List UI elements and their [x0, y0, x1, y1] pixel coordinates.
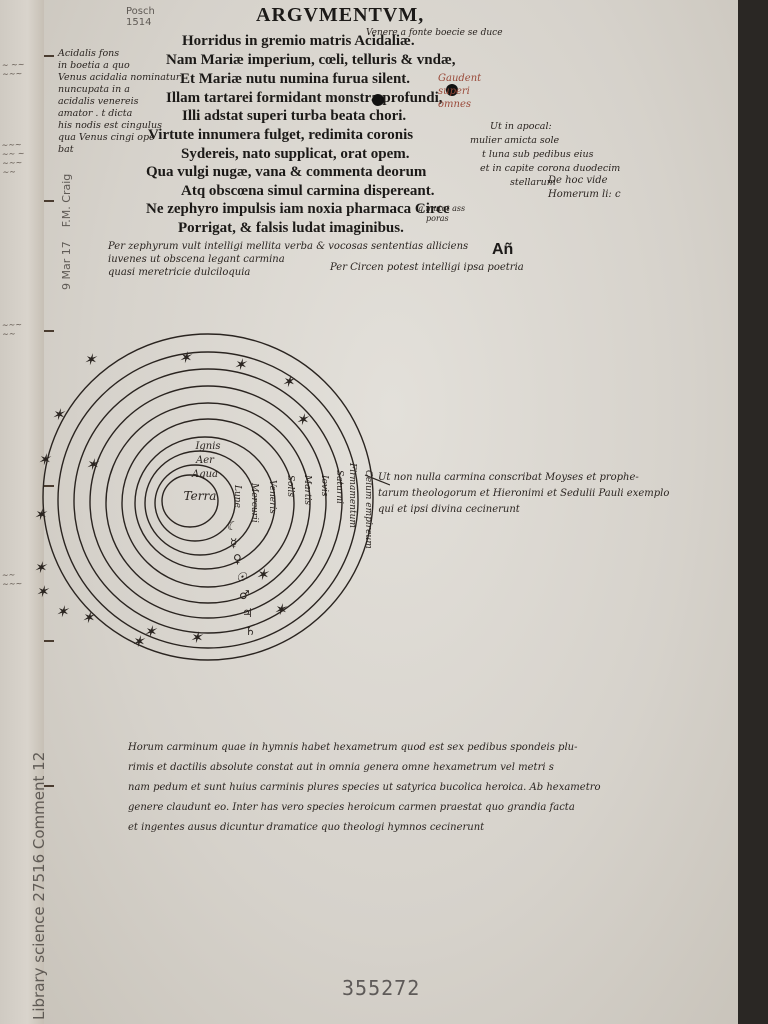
- small-gloss: q mutat ass poras: [418, 204, 465, 224]
- verse-line: Illam tartarei formidant monstra profund…: [166, 90, 443, 107]
- verse-line: Ne zephyro impulsis iam noxia pharmaca C…: [146, 201, 450, 218]
- note-line: Ut non nulla carmina conscribat Moyses e…: [378, 470, 669, 486]
- note-line: De hoc vide: [548, 174, 621, 188]
- interlinear-gloss: Venere a fonte boecie se duce: [366, 28, 503, 38]
- pencil-note-line: Posch: [126, 6, 155, 17]
- label-saturni: Saturni: [334, 470, 344, 504]
- verse-line: Atq obscœna simul carmina dispereant.: [181, 183, 435, 200]
- vertical-library-note: Library science 27516 Comment 12: [30, 752, 48, 1020]
- verse-line: Virtute innumera fulget, redimita coroni…: [148, 127, 413, 144]
- note-line: omnes: [438, 98, 481, 111]
- note-line: genere claudunt eo. Inter has vero speci…: [128, 798, 601, 818]
- note-line: Homerum li: c: [548, 188, 621, 202]
- jupiter-symbol-icon: ♃: [242, 606, 253, 620]
- note-line: bat: [58, 144, 180, 156]
- inventory-stamp: 355272: [342, 976, 420, 1000]
- svg-text:✶: ✶: [281, 372, 296, 391]
- note-line: t luna sub pedibus eius: [470, 148, 620, 162]
- verse-line: Illi adstat superi turba beata chori.: [182, 108, 406, 125]
- note-line: poras: [418, 214, 465, 224]
- svg-text:✶: ✶: [143, 622, 158, 641]
- svg-text:✶: ✶: [255, 565, 270, 584]
- venus-symbol-icon: ♀: [233, 552, 242, 566]
- annotation-hexameter: Horum carminum quae in hymnis habet hexa…: [128, 738, 601, 838]
- sun-symbol-icon: ☉: [236, 570, 248, 584]
- vertical-signature-note: 9 Mar 17 F.M. Craig: [60, 174, 73, 290]
- moon-symbol-icon: ☾: [226, 519, 237, 533]
- page-title: ARGVMENTVM,: [256, 4, 424, 27]
- binding-thread: [44, 55, 54, 57]
- note-line: qui et ipsi divina cecinerunt: [378, 502, 669, 518]
- svg-text:✶: ✶: [295, 410, 310, 429]
- saturn-symbol-icon: ♄: [245, 624, 256, 638]
- svg-text:✶: ✶: [51, 405, 66, 424]
- label-veneris: Veneris: [267, 480, 277, 514]
- note-line: his nodis est cingulus: [58, 120, 180, 132]
- annotation-moses: Ut non nulla carmina conscribat Moyses e…: [378, 470, 669, 518]
- note-line: superi: [438, 85, 481, 98]
- label-mercurii: Mercurii: [249, 482, 259, 523]
- facing-page-scrawl: ~~~~~ ~~~~~~: [1, 139, 42, 176]
- facing-page-scrawl: ~ ~~~~~: [2, 59, 43, 78]
- pencil-note-top: Posch 1514: [126, 6, 155, 28]
- mercury-symbol-icon: ☿: [230, 536, 237, 550]
- pencil-note-line: 1514: [126, 17, 155, 28]
- note-line: Ut in apocal:: [470, 120, 620, 134]
- note-line: acidalis venereis: [58, 96, 180, 108]
- annotation-circe: Per Circen potest intelligi ipsa poetria: [330, 262, 524, 273]
- svg-text:✶: ✶: [81, 608, 96, 627]
- verse-line: Porrigat, & falsis ludat imaginibus.: [178, 220, 404, 237]
- label-aer: Aer: [195, 455, 215, 466]
- note-line: Per zephyrum vult intelligi mellita verb…: [108, 240, 468, 253]
- verse-line: Qua vulgi nugæ, vana & commenta deorum: [146, 164, 426, 181]
- note-line: et ingentes ausus dicuntur dramatice quo…: [128, 818, 601, 838]
- svg-text:✶: ✶: [233, 355, 248, 374]
- note-line: nam pedum et sunt huius carminis plures …: [128, 778, 601, 798]
- label-iovis: Iovis: [319, 474, 329, 497]
- label-terra: Terra: [184, 489, 217, 503]
- label-ignis: Ignis: [194, 441, 220, 452]
- label-firmamentum: Firmamentum: [347, 462, 357, 528]
- svg-text:✶: ✶: [83, 350, 98, 369]
- note-signature: F.M. Craig: [60, 174, 73, 228]
- annotation-zephyrus: Per zephyrum vult intelligi mellita verb…: [108, 240, 468, 279]
- note-line: Acidalis fons: [58, 48, 180, 60]
- svg-text:✶: ✶: [37, 450, 52, 469]
- verse-line: Nam Mariæ imperium, cœli, telluris & vnd…: [166, 52, 456, 69]
- note-line: tarum theologorum et Hieronimi et Seduli…: [378, 486, 669, 502]
- svg-text:✶: ✶: [35, 582, 50, 601]
- note-date: 9 Mar 17: [60, 241, 73, 290]
- svg-text:✶: ✶: [273, 600, 288, 619]
- cosmos-diagram: ✶✶✶ ✶✶✶ ✶✶✶ ✶✶✶ ✶✶✶ ✶✶✶ Terra Aqua Aer I…: [30, 325, 390, 685]
- note-line: mulier amicta sole: [470, 134, 620, 148]
- binding-thread: [44, 200, 54, 202]
- label-aqua: Aqua: [191, 469, 218, 480]
- right-margin-note-2: De hoc vide Homerum li: c: [548, 174, 621, 202]
- label-celum-empireum: Celum empireum: [363, 470, 373, 549]
- background-cloth: [738, 0, 768, 1024]
- label-lune: Lune: [232, 484, 242, 508]
- note-line: nuncupata in a: [58, 84, 180, 96]
- note-line: qua Venus cingi ope: [58, 132, 180, 144]
- note-line: rimis et dactilis absolute constat aut i…: [128, 758, 601, 778]
- svg-text:✶: ✶: [33, 505, 48, 524]
- svg-text:✶: ✶: [189, 628, 204, 647]
- label-solis: Solis: [285, 475, 295, 497]
- note-line: Gaudent: [438, 72, 481, 85]
- label-martis: Martis: [302, 474, 312, 505]
- left-margin-note: Acidalis fons in boetia a quo Venus acid…: [58, 48, 180, 156]
- svg-text:✶: ✶: [33, 558, 48, 577]
- note-line: in boetia a quo: [58, 60, 180, 72]
- inserted-letters: Añ: [492, 241, 513, 259]
- svg-text:✶: ✶: [55, 602, 70, 621]
- note-line: amator . t dicta: [58, 108, 180, 120]
- worm-hole: [372, 94, 384, 106]
- svg-text:✶: ✶: [131, 632, 146, 651]
- verse-line: Sydereis, nato supplicat, orat opem.: [181, 146, 409, 163]
- mars-symbol-icon: ♂: [239, 588, 250, 602]
- svg-text:✶: ✶: [178, 348, 193, 367]
- verse-line: Et Mariæ nutu numina furua silent.: [180, 71, 410, 88]
- note-line: q mutat ass: [418, 204, 465, 214]
- red-ink-note: Gaudent superi omnes: [438, 72, 481, 111]
- svg-text:✶: ✶: [85, 455, 100, 474]
- note-line: Venus acidalia nominatur: [58, 72, 180, 84]
- note-line: Horum carminum quae in hymnis habet hexa…: [128, 738, 601, 758]
